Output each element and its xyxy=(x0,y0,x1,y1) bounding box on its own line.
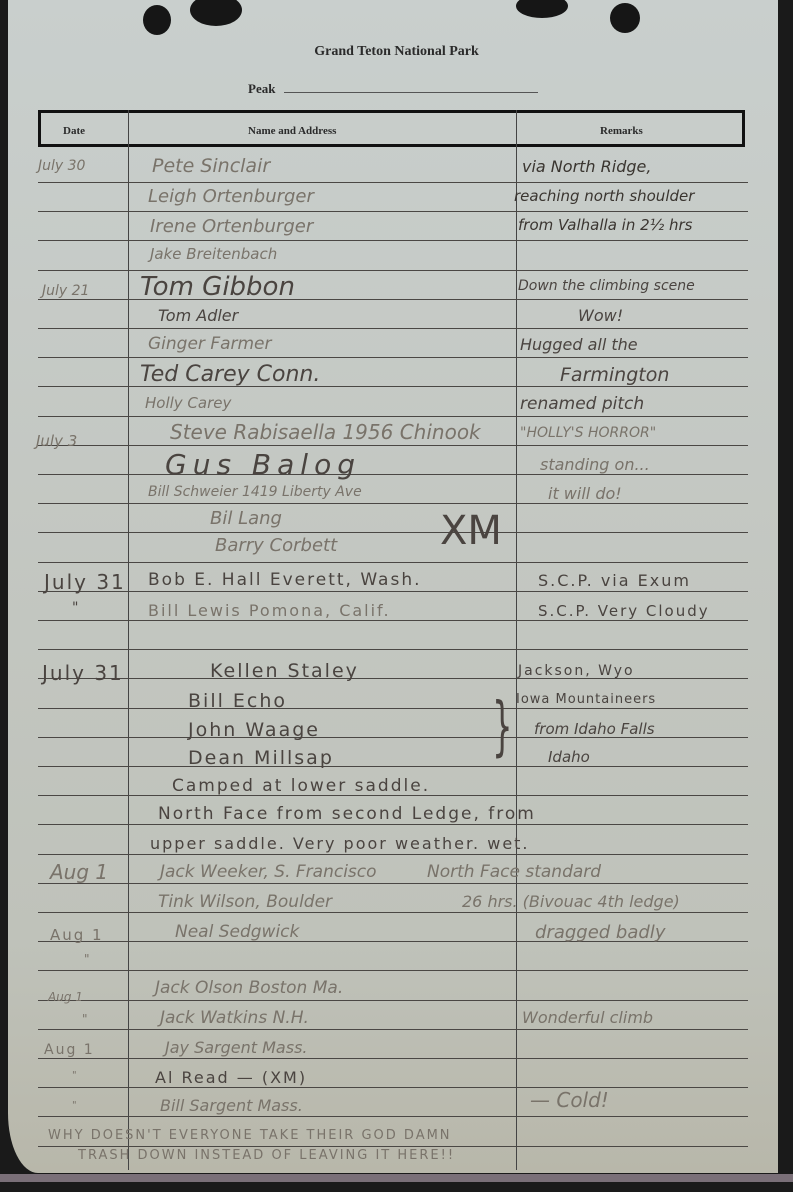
xm-mark: XM xyxy=(440,508,502,554)
entry-remark: Farmington xyxy=(560,364,669,386)
entry-remark: North Face standard xyxy=(427,862,601,882)
ruled-line xyxy=(38,591,748,592)
peak-label: Peak xyxy=(248,81,275,97)
entry-date: " xyxy=(72,1100,77,1111)
ruled-line xyxy=(38,649,748,650)
peak-field-line xyxy=(284,92,538,93)
footer-complaint: TRASH DOWN INSTEAD OF LEAVING IT HERE!! xyxy=(78,1148,455,1163)
entry-date: Aug 1 xyxy=(50,926,104,944)
footer-complaint: WHY DOESN'T EVERYONE TAKE THEIR GOD DAMN xyxy=(48,1128,452,1143)
page-edge-shadow xyxy=(0,1174,793,1182)
climb-note: North Face from second Ledge, from xyxy=(158,804,536,824)
entry-remark: it will do! xyxy=(548,484,622,503)
entry-remark: from Idaho Falls xyxy=(534,720,655,738)
entry-remark: Wow! xyxy=(578,306,623,325)
entry-date: July 3 xyxy=(36,432,77,450)
entry-date: July 30 xyxy=(38,158,85,174)
entry-name: Al Read — (XM) xyxy=(155,1068,307,1087)
entry-name: Kellen Staley xyxy=(210,660,359,682)
entry-remark: reaching north shoulder xyxy=(514,187,694,205)
entry-name: Bill Schweier 1419 Liberty Ave xyxy=(148,484,362,500)
entry-remark: — Cold! xyxy=(530,1088,609,1112)
ruled-line xyxy=(38,970,748,971)
punch-hole xyxy=(610,3,640,33)
entry-date: July 21 xyxy=(42,283,89,299)
entry-name: Bill Lewis Pomona, Calif. xyxy=(148,601,391,620)
entry-remark: "HOLLY'S HORROR" xyxy=(520,425,656,441)
entry-remark: S.C.P. Very Cloudy xyxy=(538,602,710,620)
ruled-line xyxy=(38,562,748,563)
entry-remark: renamed pitch xyxy=(520,394,644,414)
form-title: Grand Teton National Park xyxy=(0,44,793,60)
entry-remark: standing on... xyxy=(540,455,650,474)
entry-name: Jack Olson Boston Ma. xyxy=(155,978,343,998)
entry-name: Ginger Farmer xyxy=(148,334,272,354)
entry-remark: from Valhalla in 2½ hrs xyxy=(518,216,692,234)
entry-remark: Jackson, Wyo xyxy=(518,663,635,679)
ruled-line xyxy=(38,416,748,417)
entry-name: Neal Sedgwick xyxy=(175,922,299,942)
ruled-line xyxy=(38,854,748,855)
ruled-line xyxy=(38,678,748,679)
ruled-line xyxy=(38,445,748,446)
ruled-line xyxy=(38,240,748,241)
ruled-line xyxy=(38,708,748,709)
entry-remark: Hugged all the xyxy=(520,335,638,354)
entry-name: Holly Carey xyxy=(145,394,231,412)
entry-name: Jay Sargent Mass. xyxy=(165,1038,307,1057)
entry-name: Bill Echo xyxy=(188,690,287,712)
entry-name: John Waage xyxy=(188,719,320,741)
ruled-line xyxy=(38,912,748,913)
ditto-mark: " xyxy=(72,600,80,616)
entry-remark: 26 hrs. (Bivouac 4th ledge) xyxy=(462,892,680,911)
entry-name: Barry Corbett xyxy=(215,535,337,556)
ruled-line xyxy=(38,1029,748,1030)
ruled-line xyxy=(38,1146,748,1147)
entry-remark: Iowa Mountaineers xyxy=(516,692,656,707)
entry-name: Jake Breitenbach xyxy=(150,245,277,263)
entry-date: " xyxy=(72,1070,77,1081)
ruled-line xyxy=(38,182,748,183)
ruled-line xyxy=(38,1058,748,1059)
ditto-mark: " xyxy=(84,952,90,966)
entry-remark: Down the climbing scene xyxy=(518,278,695,294)
entry-date: July 31 xyxy=(44,570,126,594)
climb-note: Camped at lower saddle. xyxy=(172,776,430,796)
entry-remark: Idaho xyxy=(548,748,590,766)
ruled-line xyxy=(38,328,748,329)
punch-hole xyxy=(143,5,171,35)
entry-remark: S.C.P. via Exum xyxy=(538,571,691,590)
header-remarks: Remarks xyxy=(600,125,643,137)
ruled-line xyxy=(38,532,748,533)
entry-name: Leigh Ortenburger xyxy=(148,186,314,207)
entry-remark: via North Ridge, xyxy=(522,157,651,176)
ruled-line xyxy=(38,1087,748,1088)
entry-name: Dean Millsap xyxy=(188,747,334,769)
entry-name: Ted Carey Conn. xyxy=(140,362,320,387)
grouping-brace: } xyxy=(492,690,512,764)
entry-date: Aug 1 xyxy=(48,990,83,1004)
ruled-line xyxy=(38,474,748,475)
header-date: Date xyxy=(63,125,85,137)
entry-name: Bil Lang xyxy=(210,508,282,529)
climb-note: upper saddle. Very poor weather. wet. xyxy=(150,834,530,853)
ruled-line xyxy=(38,211,748,212)
ruled-line xyxy=(38,1116,748,1117)
entry-date: Aug 1 xyxy=(50,860,108,884)
entry-name: Tom Gibbon xyxy=(140,272,295,302)
entry-name: Steve Rabisaella 1956 Chinook xyxy=(170,420,481,444)
header-name-address: Name and Address xyxy=(248,125,336,137)
entry-name: Jack Weeker, S. Francisco xyxy=(160,862,377,882)
table-header: Date Name and Address Remarks xyxy=(38,110,745,147)
entry-name: Bill Sargent Mass. xyxy=(160,1096,303,1115)
entry-name: Gus Balog xyxy=(165,448,361,481)
entry-date: " xyxy=(82,1012,88,1026)
entry-remark: Wonderful climb xyxy=(522,1008,653,1027)
entry-remark: dragged badly xyxy=(535,922,665,943)
entry-date: July 31 xyxy=(42,661,124,685)
entry-name: Pete Sinclair xyxy=(152,155,270,177)
entry-name: Jack Watkins N.H. xyxy=(160,1008,309,1028)
entry-name: Tom Adler xyxy=(158,306,238,325)
entry-name: Bob E. Hall Everett, Wash. xyxy=(148,570,422,590)
ruled-line xyxy=(38,824,748,825)
ruled-line xyxy=(38,1000,748,1001)
ruled-line xyxy=(38,270,748,271)
entry-name: Irene Ortenburger xyxy=(150,216,313,237)
ruled-line xyxy=(38,766,748,767)
ruled-line xyxy=(38,503,748,504)
ruled-line xyxy=(38,883,748,884)
entry-name: Tink Wilson, Boulder xyxy=(158,892,332,912)
entry-date: Aug 1 xyxy=(44,1042,95,1058)
ruled-line xyxy=(38,620,748,621)
ruled-line xyxy=(38,357,748,358)
